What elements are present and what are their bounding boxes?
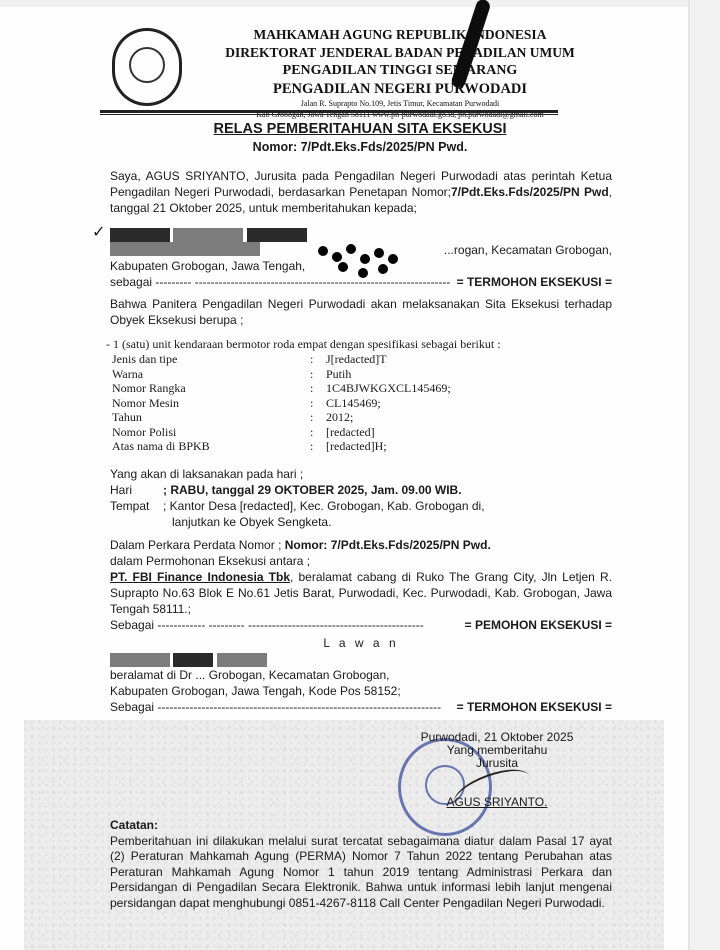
spec-row: Warna:Putih [112, 367, 451, 382]
spec-row: Tahun:2012; [112, 410, 451, 425]
letterhead-divider-thin [100, 114, 558, 115]
case-block: Dalam Perkara Perdata Nomor ; Nomor: 7/P… [110, 537, 612, 715]
intro-paragraph: Saya, AGUS SRIYANTO, Jurusita pada Penga… [110, 168, 612, 216]
spec-row: Jenis dan tipe:J[redacted]T [112, 352, 451, 367]
checkmark-icon: ✓ [92, 222, 105, 242]
note-body: Pemberitahuan ini dilakukan melalui sura… [110, 834, 612, 912]
document-number: Nomor: 7/Pdt.Eks.Fds/2025/PN Pwd. [100, 140, 620, 154]
spec-row: Nomor Mesin:CL145469; [112, 396, 451, 411]
letterhead-address1: Jalan R. Suprapto No.109, Jetis Timur, K… [220, 98, 580, 109]
letterhead-line2: DIREKTORAT JENDERAL BADAN PERADILAN UMUM [220, 44, 580, 62]
note-heading: Catatan: [110, 818, 158, 832]
letterhead-divider [100, 110, 558, 113]
document-title: RELAS PEMBERITAHUAN SITA EKSEKUSI [100, 121, 620, 137]
spec-row: Atas nama di BPKB:[redacted]H; [112, 439, 451, 454]
letterhead-line3: PENGADILAN TINGGI SEMARANG [220, 62, 580, 80]
statement-paragraph: Bahwa Panitera Pengadilan Negeri Purwoda… [110, 296, 612, 328]
spec-row: Nomor Polisi:[redacted] [112, 425, 451, 440]
object-heading: - 1 (satu) unit kendaraan bermotor roda … [106, 337, 501, 352]
note-block: Catatan: Pemberitahuan ini dilakukan mel… [110, 818, 612, 911]
letterhead: MAHKAMAH AGUNG REPUBLIK INDONESIA DIREKT… [220, 26, 580, 120]
letterhead-line4: PENGADILAN NEGERI PURWODADI [220, 80, 580, 98]
redaction-marks [318, 240, 402, 276]
schedule-block: Yang akan di laksanakan pada hari ; Hari… [110, 466, 612, 530]
court-logo-icon [112, 28, 182, 106]
applicant-name: PT. FBI Finance Indonesia Tbk [110, 570, 290, 584]
spec-table: Jenis dan tipe:J[redacted]T Warna:Putih … [112, 352, 451, 454]
spec-row: Nomor Rangka:1C4BJWKGXCL145469; [112, 381, 451, 396]
versus-label: L a w a n [110, 635, 612, 651]
letterhead-line1: MAHKAMAH AGUNG REPUBLIK INDONESIA [220, 26, 580, 44]
page-edge [688, 0, 720, 950]
